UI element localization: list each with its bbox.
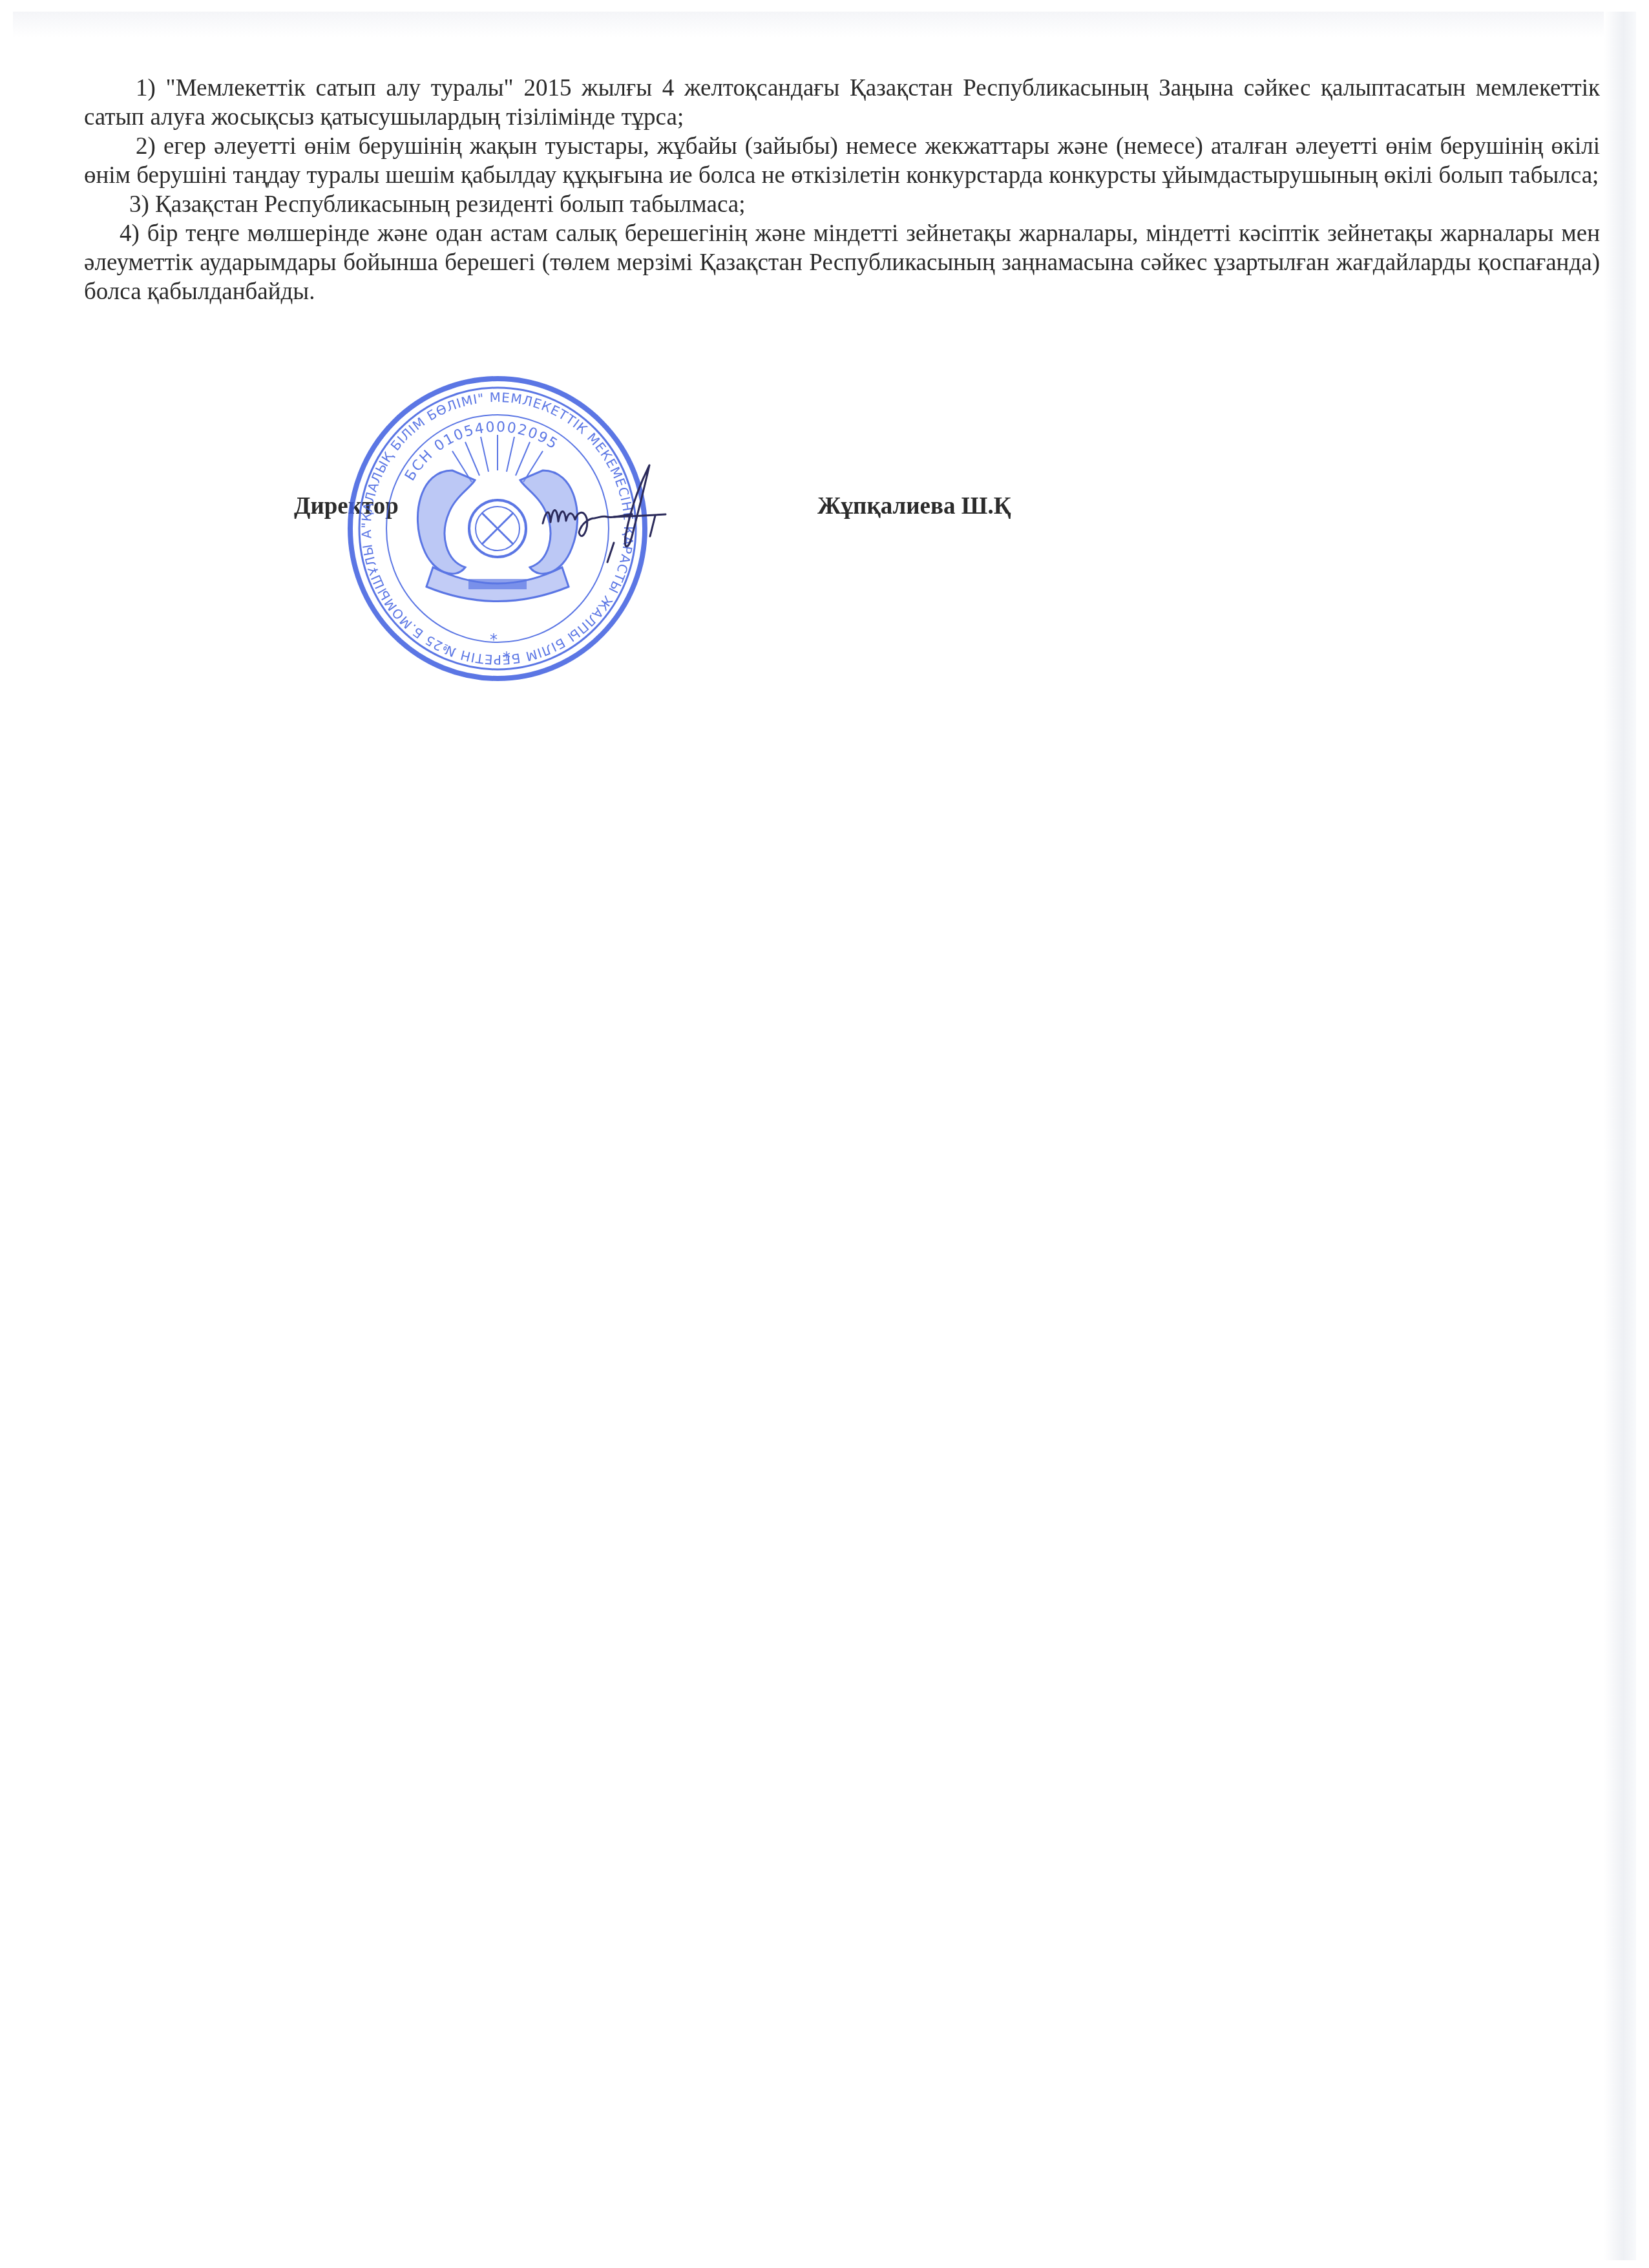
- paragraph-item-3: 3) Қазақстан Республикасының резиденті б…: [84, 190, 1600, 219]
- paragraph-item-4: 4) бір теңге мөлшерінде және одан астам …: [84, 219, 1600, 306]
- paragraph-item-2: 2) егер әлеуетті өнім берушінің жақын ту…: [84, 132, 1600, 190]
- signatory-name: Жұпқалиева Ш.Қ: [817, 492, 1011, 520]
- scan-page-edge-top: [13, 12, 1636, 37]
- signature-block: Директор Жұпқалиева Ш.Қ: [0, 492, 1649, 531]
- paragraph-item-1: 1) "Мемлекеттік сатып алу туралы" 2015 ж…: [84, 74, 1600, 132]
- scan-page-edge-right: [1604, 12, 1636, 2260]
- stamp-star-icon: *: [503, 649, 510, 667]
- document-body: 1) "Мемлекеттік сатып алу туралы" 2015 ж…: [84, 74, 1600, 306]
- stamp-star-icon: *: [490, 631, 498, 649]
- handwritten-signature-icon: [517, 446, 685, 575]
